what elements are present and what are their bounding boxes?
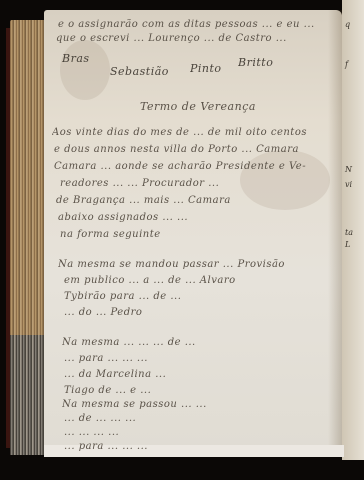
body-line: ... para ... ... ...	[64, 352, 340, 366]
body-line: e dous annos nesta villa do Porto ... Ca…	[54, 143, 339, 157]
body-line: Camara ... aonde se acharão Presidente e…	[54, 160, 339, 174]
right-page-fragment: L	[345, 240, 350, 249]
body-line: na forma seguinte	[60, 228, 260, 242]
header-line: que o escrevi ... Lourenço ... de Castro…	[56, 32, 336, 46]
body-line: ... do ... Pedro	[64, 306, 264, 320]
right-page-fragment: q	[345, 20, 350, 29]
body-line: ... de ... ... ...	[64, 412, 340, 426]
signature: Sebastião	[110, 65, 169, 78]
right-page-fragment: f	[345, 60, 348, 69]
body-line: Aos vinte dias do mes de ... de mil oito…	[52, 126, 337, 140]
body-line: ... para ... ... ...	[64, 440, 340, 454]
body-line: readores ... ... Procurador ...	[60, 177, 340, 191]
body-line: abaixo assignados ... ...	[58, 211, 338, 225]
right-page-fragment: ta	[345, 228, 353, 237]
signature: Britto	[238, 56, 273, 69]
body-line: Tiago de ... e ...	[64, 384, 264, 398]
body-line: Na mesma se passou ... ...	[62, 398, 340, 412]
header-line: e o assignarão com as ditas pessoas ... …	[58, 18, 338, 32]
manuscript-photo: e o assignarão com as ditas pessoas ... …	[0, 0, 364, 480]
body-line: ... da Marcelina ...	[64, 368, 340, 382]
body-line: em publico ... a ... de ... Alvaro	[64, 274, 340, 288]
body-line: de Bragança ... mais ... Camara	[56, 194, 338, 208]
signature: Bras	[62, 52, 90, 65]
right-page-fragment: vi	[345, 180, 352, 189]
smudge	[60, 40, 110, 100]
body-line: Na mesma se mandou passar ... Provisão	[58, 258, 340, 272]
signature: Pinto	[190, 62, 222, 75]
body-line: ... ... ... ...	[64, 426, 340, 440]
body-line: Na mesma ... ... ... de ...	[62, 336, 340, 350]
right-page-fragment: N	[345, 165, 352, 174]
body-line: Tybirão para ... de ...	[64, 290, 340, 304]
section-title: Termo de Vereança	[140, 100, 256, 113]
page-edges-lower	[10, 335, 46, 455]
